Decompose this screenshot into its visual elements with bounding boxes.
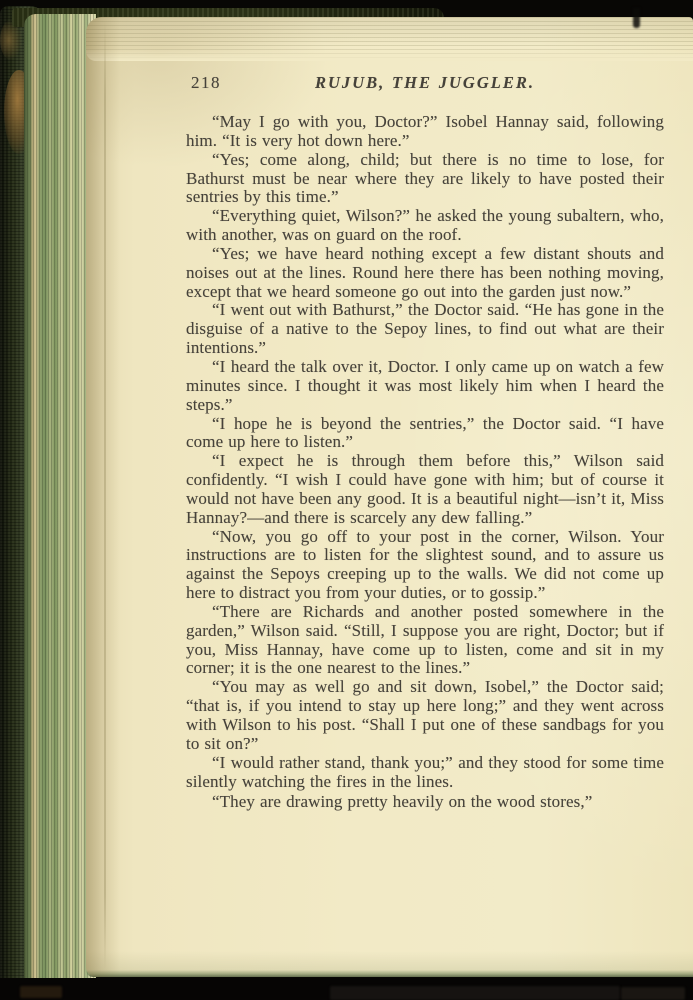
paragraph: “Everything quiet, Wilson?” he asked the… xyxy=(186,207,664,245)
paragraph: “They are drawing pretty heavily on the … xyxy=(186,793,664,812)
paragraph: “I expect he is through them before this… xyxy=(186,452,664,527)
photo-background-smudge xyxy=(633,8,640,28)
paragraph: “Now, you go off to your post in the cor… xyxy=(186,528,664,603)
background-shadow-blob xyxy=(330,986,620,1000)
paragraph: “You may as well go and sit down, Isobel… xyxy=(186,678,664,753)
background-shadow-blob xyxy=(20,986,62,998)
sheet-crease-line xyxy=(104,20,106,970)
paragraph: “I went out with Bathurst,” the Doctor s… xyxy=(186,301,664,358)
running-header: 218 RUJUB, THE JUGGLER. xyxy=(186,74,664,97)
paragraph: “There are Richards and another posted s… xyxy=(186,603,664,678)
running-title: RUJUB, THE JUGGLER. xyxy=(186,74,664,93)
scanned-book-photo: 218 RUJUB, THE JUGGLER. “May I go with y… xyxy=(0,0,693,1000)
paragraph: “I would rather stand, thank you;” and t… xyxy=(186,754,664,792)
background-shadow-blob xyxy=(621,987,685,1000)
paragraph: “Yes; come along, child; but there is no… xyxy=(186,151,664,208)
paragraph: “Yes; we have heard nothing except a few… xyxy=(186,245,664,302)
paragraph: “I heard the talk over it, Doctor. I onl… xyxy=(186,358,664,415)
page-number: 218 xyxy=(191,74,221,93)
photo-background-bottom xyxy=(0,978,693,1000)
paragraph: “I hope he is beyond the sentries,” the … xyxy=(186,415,664,453)
page-text: 218 RUJUB, THE JUGGLER. “May I go with y… xyxy=(186,74,664,812)
paragraph: “May I go with you, Doctor?” Isobel Hann… xyxy=(186,113,664,151)
